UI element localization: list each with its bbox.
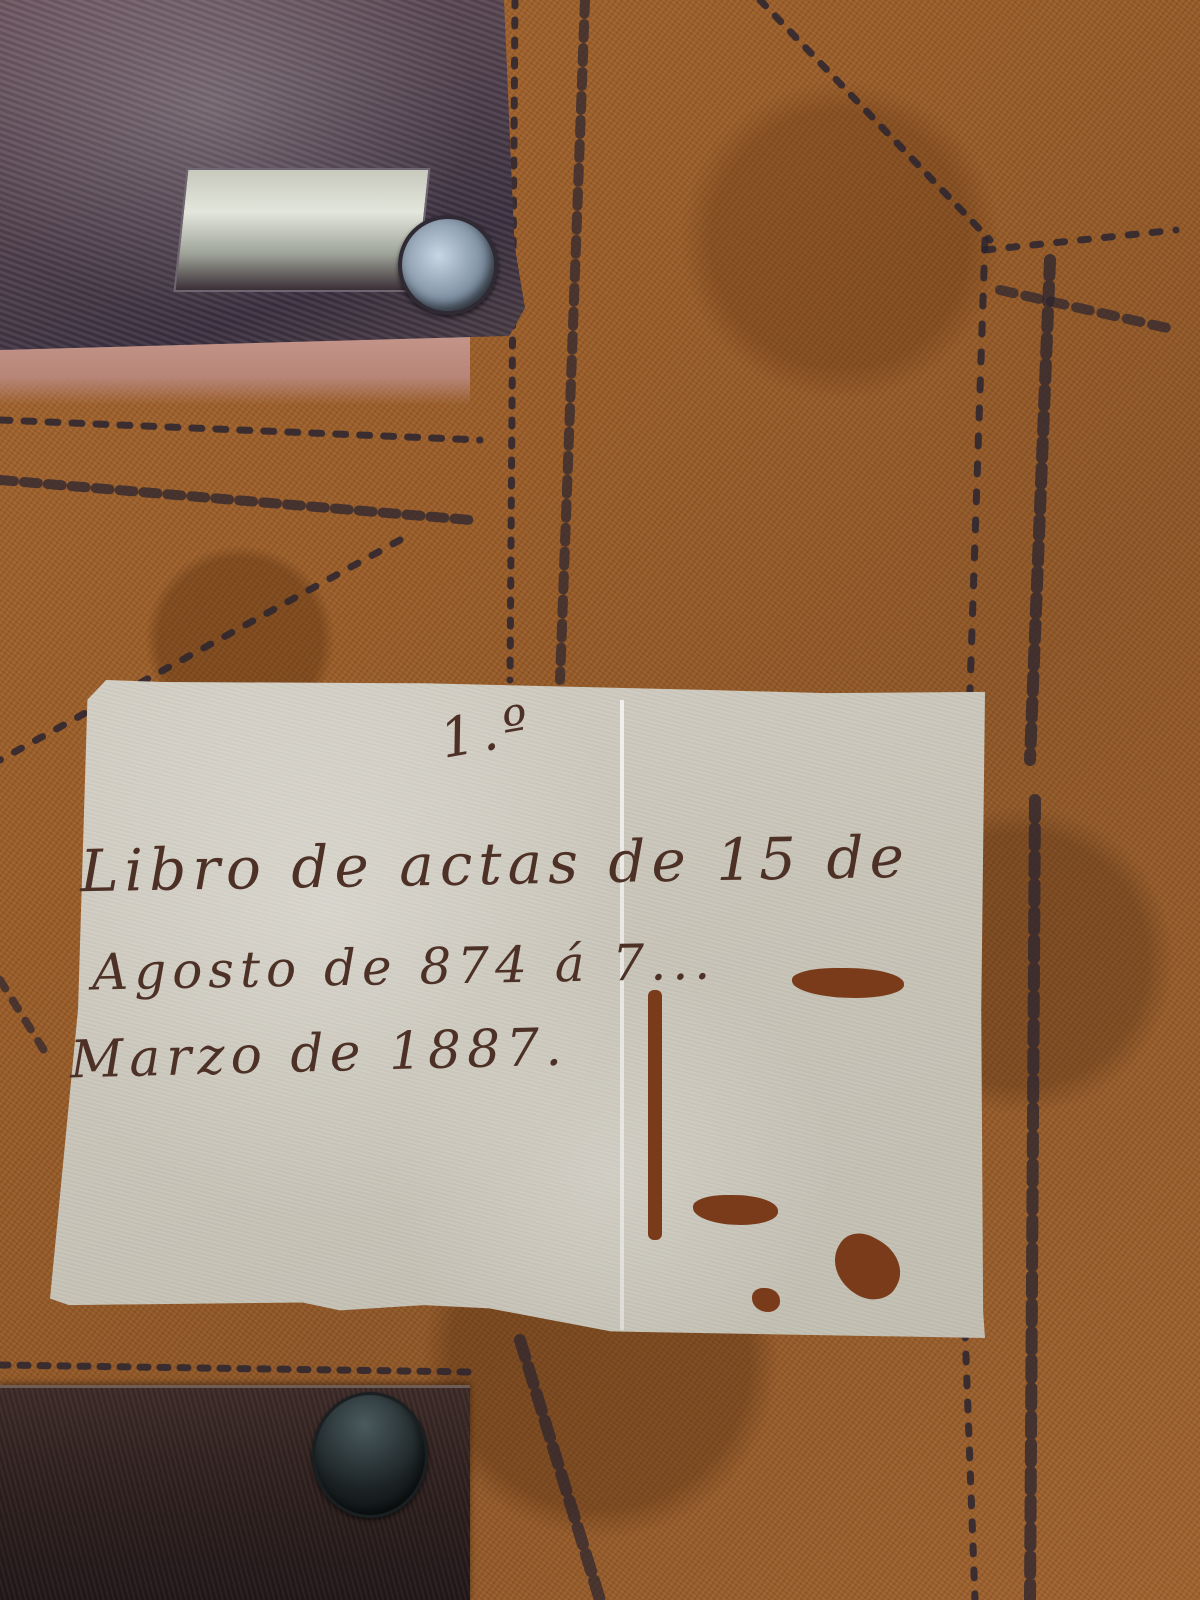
label-fold-line — [620, 700, 624, 1330]
label-line-2: Agosto de 874 á 7... — [92, 933, 717, 1002]
clasp-inset-plate — [173, 168, 430, 292]
label-line-1: Libro de actas de 15 de — [79, 823, 910, 905]
top-rivet — [398, 215, 498, 315]
bottom-rivet — [312, 1392, 428, 1518]
label-tear — [752, 1288, 780, 1312]
label-tear — [648, 990, 662, 1240]
